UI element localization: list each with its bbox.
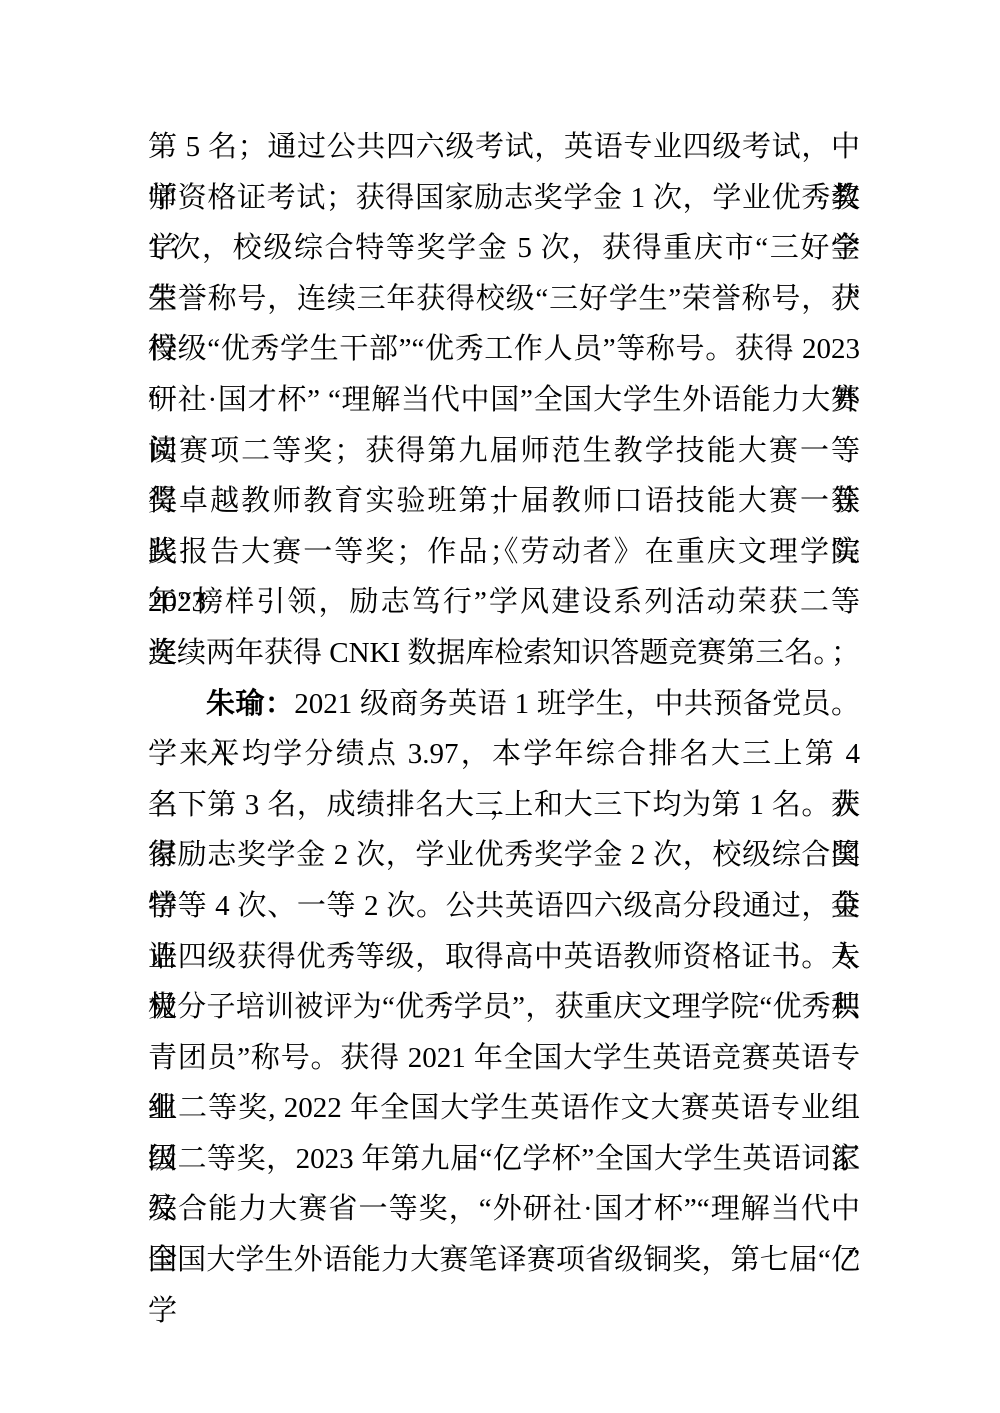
text-line: 校级“优秀学生干部”“优秀工作人员”等称号。获得 2023 “外 [148, 324, 860, 375]
text-line: 青团员”称号。获得 2021 年全国大学生英语竞赛英语专业 [148, 1033, 860, 1084]
text-line: 第 5 名；通过公共四六级考试，英语专业四级考试，中学教 [148, 122, 860, 173]
paragraph-1-continued: 第 5 名；通过公共四六级考试，英语专业四级考试，中学教 师资格证考试；获得国家… [148, 122, 860, 679]
text-line: 业四级获得优秀等级，取得高中英语教师资格证书。入党积 [148, 932, 860, 983]
text-line: 组二等奖, 2022 年全国大学生英语作文大赛英语专业组国家 [148, 1083, 860, 1134]
text-line: 荣誉称号，连续三年获得校级“三好学生”荣誉称号，获得 [148, 274, 860, 325]
text-line: 研社·国才杯” “理解当代中国”全国大学生外语能力大赛阅 [148, 375, 860, 426]
text-line: 学来平均学分绩点 3.97，本学年综合排名大三上第 4 名，大 [148, 729, 860, 780]
text-line: 年“榜样引领，励志笃行”学风建设系列活动荣获二等奖； [148, 577, 860, 628]
text-line: 读赛项二等奖；获得第九届师范生教学技能大赛一等奖；获 [148, 426, 860, 477]
text-line: 综合能力大赛省一等奖，“外研社·国才杯”“理解当代中国” [148, 1184, 860, 1235]
text-line: 级二等奖，2023 年第九届“亿学杯”全国大学生英语词汇及 [148, 1134, 860, 1185]
text-line: 全国大学生外语能力大赛笔译赛项省级铜奖，第七届“亿学 [148, 1235, 860, 1286]
text-line: 特等 4 次、一等 2 次。公共英语四六级高分段通过，英语专 [148, 881, 860, 932]
text-line: 践报告大赛一等奖；作品《劳动者》在重庆文理学院 2023 [148, 527, 860, 578]
text-line: 三下第 3 名，成绩排名大三上和大三下均为第 1 名。获得国 [148, 780, 860, 831]
text-line: 连续两年获得 CNKI 数据库检索知识答题竞赛第三名。 [148, 628, 860, 679]
text-line: 得卓越教师教育实验班第十届教师口语技能大赛一等奖；实 [148, 476, 860, 527]
text-line: 1 次，校级综合特等奖学金 5 次，获得重庆市“三好学生” [148, 223, 860, 274]
document-page: 第 5 名；通过公共四六级考试，英语专业四级考试，中学教 师资格证考试；获得国家… [0, 0, 1000, 1413]
text-line: 朱瑜：2021 级商务英语 1 班学生，中共预备党员。入 [148, 679, 860, 730]
text-line: 师资格证考试；获得国家励志奖学金 1 次，学业优秀奖学金 [148, 173, 860, 224]
student-name: 朱瑜： [206, 688, 294, 720]
paragraph-2-zhuyu: 朱瑜：2021 级商务英语 1 班学生，中共预备党员。入 学来平均学分绩点 3.… [148, 679, 860, 1286]
text-line: 极分子培训被评为“优秀学员”，获重庆文理学院“优秀共 [148, 982, 860, 1033]
text-line: 家励志奖学金 2 次，学业优秀奖学金 2 次，校级综合奖学金 [148, 830, 860, 881]
text-block: 第 5 名；通过公共四六级考试，英语专业四级考试，中学教 师资格证考试；获得国家… [148, 122, 860, 1286]
